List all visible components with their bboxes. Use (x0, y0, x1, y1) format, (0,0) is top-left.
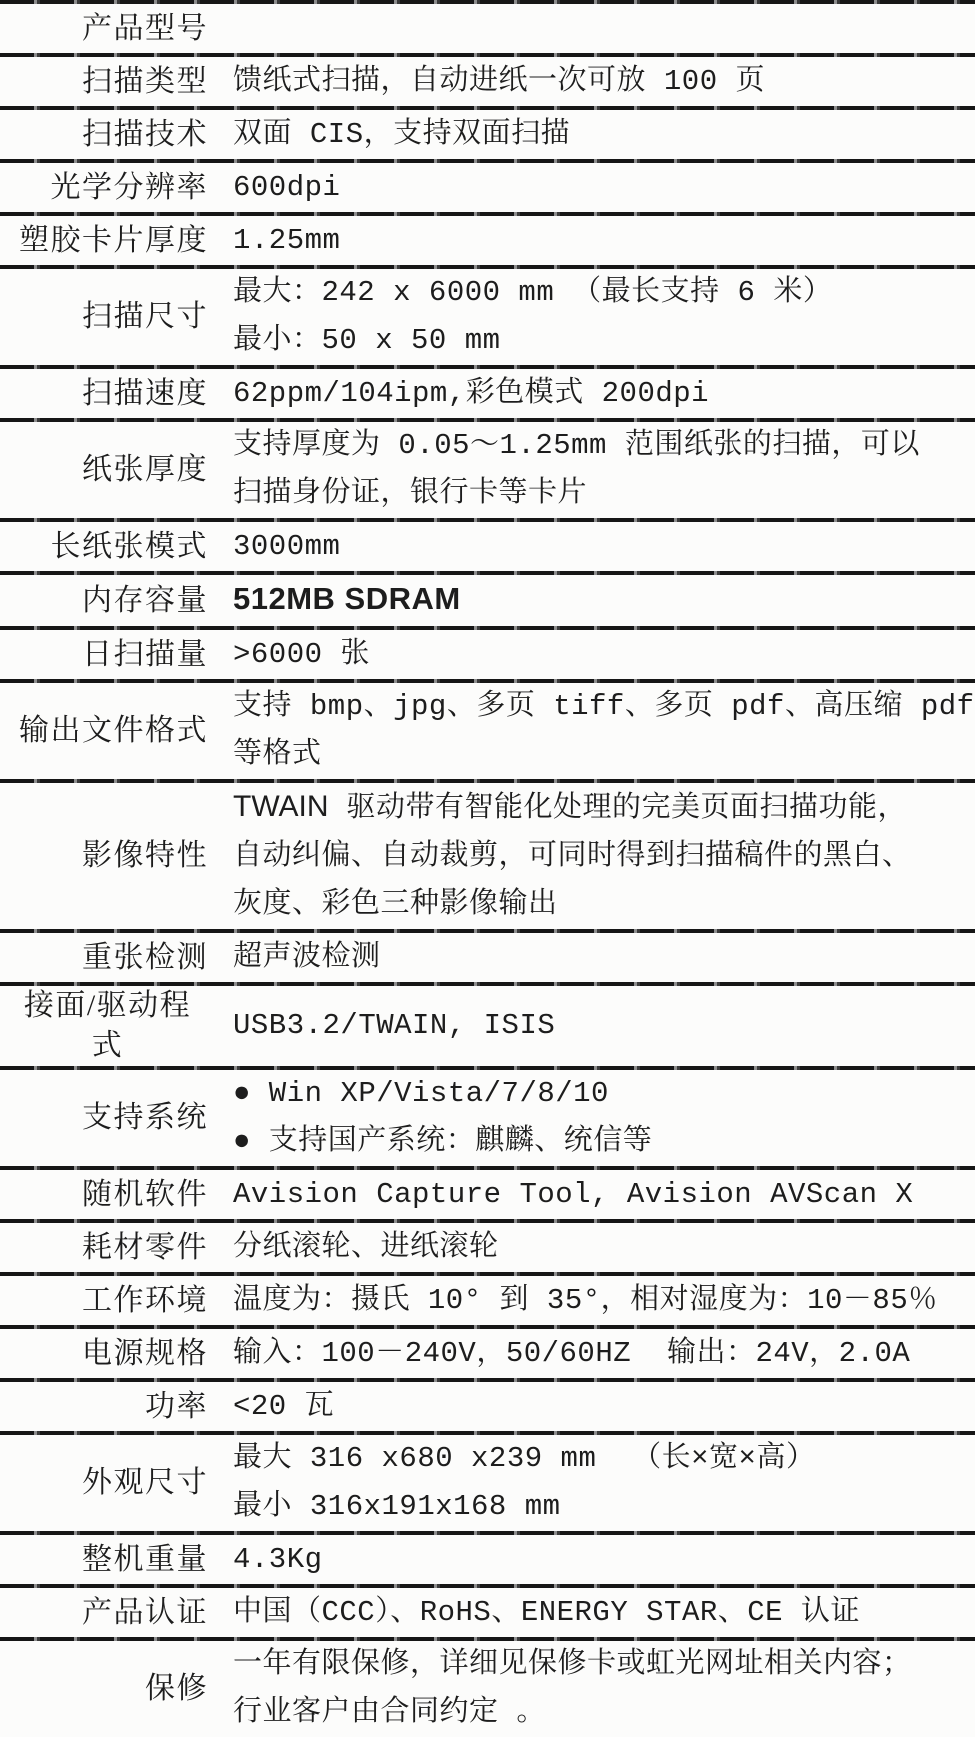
spec-row-label: 扫描类型 (0, 57, 225, 106)
spec-row-label-line: 功率 (0, 1387, 208, 1427)
spec-table: 产品型号扫描类型馈纸式扫描，自动进纸一次可放 100 页扫描技术双面 CIS，支… (0, 0, 975, 1737)
spec-row: 工作环境温度为：摄氏 10° 到 35°，相对湿度为：10－85％ (0, 1276, 975, 1325)
spec-row-label-line: 式 (0, 1026, 215, 1066)
spec-row-label: 重张检测 (0, 933, 225, 982)
spec-row-label-line: 整机重量 (0, 1540, 208, 1580)
spec-row-value: 512MB SDRAM (225, 575, 975, 626)
spec-value-text: 62ppm/104ipm,彩色模式 200dpi (233, 377, 709, 410)
spec-value-line: 3000mm (233, 523, 975, 571)
spec-row-label: 功率 (0, 1382, 225, 1431)
spec-row-label: 塑胶卡片厚度 (0, 216, 225, 265)
spec-value-line: 1.25mm (233, 217, 975, 265)
spec-value-text: 最小 316x191x168 mm (233, 1490, 561, 1523)
spec-value-text: 一年有限保修，详细见保修卡或虹光网址相关内容； (233, 1648, 912, 1681)
spec-row: 产品型号 (0, 4, 975, 53)
spec-row-label-line: 塑胶卡片厚度 (0, 221, 208, 261)
spec-value-text: 灰度、彩色三种影像输出 (233, 888, 558, 921)
spec-row-label-line: 随机软件 (0, 1175, 208, 1215)
spec-value-text: 温度为：摄氏 10° 到 35°，相对湿度为：10－85％ (233, 1284, 938, 1317)
spec-row-label: 耗材零件 (0, 1223, 225, 1272)
spec-row-value (225, 4, 975, 53)
spec-row-label-line: 内存容量 (0, 581, 208, 621)
spec-row-value: 3000mm (225, 522, 975, 571)
spec-value-line: 扫描身份证，银行卡等卡片 (233, 470, 975, 518)
spec-row-label: 光学分辨率 (0, 163, 225, 212)
spec-row: 日扫描量>6000 张 (0, 630, 975, 679)
spec-value-text: 中国（CCC）、RoHS、ENERGY STAR、CE 认证 (233, 1596, 860, 1629)
spec-value-line: 支持厚度为 0.05～1.25mm 范围纸张的扫描，可以 (233, 422, 975, 470)
spec-value-text: 分纸滚轮、进纸滚轮 (233, 1231, 499, 1264)
spec-value-text: 3000mm (233, 530, 340, 563)
spec-value-text: 支持厚度为 0.05～1.25mm 范围纸张的扫描，可以 (233, 429, 920, 462)
spec-row-value: 输入：100－240V，50/60HZ 输出：24V，2.0A (225, 1329, 975, 1378)
spec-value-text: 1.25mm (233, 224, 340, 257)
spec-row: 随机软件Avision Capture Tool, Avision AVScan… (0, 1170, 975, 1219)
spec-value-text: ● Win XP/Vista/7/8/10 (233, 1077, 609, 1110)
spec-value-line: 600dpi (233, 164, 975, 212)
spec-row: 外观尺寸最大 316 x680 x239 mm （长×宽×高）最小 316x19… (0, 1435, 975, 1531)
spec-row-value: 中国（CCC）、RoHS、ENERGY STAR、CE 认证 (225, 1588, 975, 1637)
spec-value-line: 最小：50 x 50 mm (233, 317, 975, 365)
spec-row-label-line: 支持系统 (0, 1098, 208, 1138)
spec-row-label-line: 产品认证 (0, 1593, 208, 1633)
spec-value-text: 512MB SDRAM (233, 581, 461, 616)
spec-row: 重张检测超声波检测 (0, 933, 975, 982)
spec-value-line: 灰度、彩色三种影像输出 (233, 881, 975, 929)
spec-value-text: 最小：50 x 50 mm (233, 324, 501, 357)
spec-value-line: ● 支持国产系统：麒麟、统信等 (233, 1118, 975, 1166)
spec-row-label-line: 电源规格 (0, 1334, 208, 1374)
spec-value-line: 馈纸式扫描，自动进纸一次可放 100 页 (233, 58, 975, 106)
spec-value-line: 支持 bmp、jpg、多页 tiff、多页 pdf、高压缩 pdf (233, 683, 975, 731)
spec-row-label-line: 长纸张模式 (0, 527, 208, 567)
spec-row-label-line: 工作环境 (0, 1281, 208, 1321)
spec-value-text: 4.3Kg (233, 1543, 323, 1576)
spec-value-line: 行业客户由合同约定 。 (233, 1689, 975, 1737)
spec-value-line: >6000 张 (233, 631, 975, 679)
spec-row-value: Avision Capture Tool, Avision AVScan X (225, 1170, 975, 1219)
spec-value-text: 馈纸式扫描，自动进纸一次可放 100 页 (233, 65, 765, 98)
spec-value-line: ● Win XP/Vista/7/8/10 (233, 1070, 975, 1118)
spec-row: 耗材零件分纸滚轮、进纸滚轮 (0, 1223, 975, 1272)
spec-row-label-line: 日扫描量 (0, 635, 208, 675)
spec-value-text: 最大：242 x 6000 mm （最长支持 6 米） (233, 276, 832, 309)
spec-row: 输出文件格式支持 bmp、jpg、多页 tiff、多页 pdf、高压缩 pdf等… (0, 683, 975, 779)
spec-value-text: Avision Capture Tool, Avision AVScan X (233, 1178, 913, 1211)
spec-row-label: 产品型号 (0, 4, 225, 53)
spec-row-value: 双面 CIS，支持双面扫描 (225, 110, 975, 159)
spec-row-label-line: 耗材零件 (0, 1228, 208, 1268)
spec-row-label-line: 外观尺寸 (0, 1463, 208, 1503)
spec-value-text: 最大 316 x680 x239 mm （长×宽×高） (233, 1442, 815, 1475)
spec-row-label: 内存容量 (0, 575, 225, 626)
spec-row-label-line: 重张检测 (0, 938, 208, 978)
spec-row-label-line: 扫描技术 (0, 115, 208, 155)
spec-value-line: 自动纠偏、自动裁剪，可同时得到扫描稿件的黑白、 (233, 833, 975, 881)
spec-row: 保修一年有限保修，详细见保修卡或虹光网址相关内容；行业客户由合同约定 。 (0, 1641, 975, 1737)
spec-value-line: 最大 316 x680 x239 mm （长×宽×高） (233, 1435, 975, 1483)
spec-value-text: ● 支持国产系统：麒麟、统信等 (233, 1125, 652, 1158)
spec-row-value: 温度为：摄氏 10° 到 35°，相对湿度为：10－85％ (225, 1276, 975, 1325)
spec-value-line: 中国（CCC）、RoHS、ENERGY STAR、CE 认证 (233, 1589, 975, 1637)
spec-value-line: TWAIN 驱动带有智能化处理的完美页面扫描功能， (233, 783, 975, 833)
spec-value-text: USB3.2/TWAIN, ISIS (233, 1009, 555, 1042)
spec-row-value: 4.3Kg (225, 1535, 975, 1584)
spec-row: 接面/驱动程式USB3.2/TWAIN, ISIS (0, 986, 975, 1066)
spec-row-label: 扫描速度 (0, 369, 225, 418)
spec-row-label: 扫描尺寸 (0, 269, 225, 365)
spec-value-line: 最大：242 x 6000 mm （最长支持 6 米） (233, 269, 975, 317)
spec-row-value: <20 瓦 (225, 1382, 975, 1431)
spec-value-line: 温度为：摄氏 10° 到 35°，相对湿度为：10－85％ (233, 1277, 975, 1325)
spec-row-label: 输出文件格式 (0, 683, 225, 779)
spec-row-label-line: 扫描类型 (0, 62, 208, 102)
spec-value-line: 最小 316x191x168 mm (233, 1483, 975, 1531)
spec-value-line: 分纸滚轮、进纸滚轮 (233, 1224, 975, 1272)
spec-row: 塑胶卡片厚度1.25mm (0, 216, 975, 265)
spec-value-line: USB3.2/TWAIN, ISIS (233, 1002, 975, 1050)
spec-row-value: 超声波检测 (225, 933, 975, 982)
spec-row-label: 整机重量 (0, 1535, 225, 1584)
spec-value-line: 512MB SDRAM (233, 575, 975, 626)
spec-row: 扫描技术双面 CIS，支持双面扫描 (0, 110, 975, 159)
spec-value-text: 等格式 (233, 738, 322, 771)
spec-row-label-line: 接面/驱动程 (0, 986, 215, 1026)
spec-row-label: 长纸张模式 (0, 522, 225, 571)
spec-row-label-line: 输出文件格式 (0, 711, 208, 751)
spec-row-label: 支持系统 (0, 1070, 225, 1166)
spec-row-label: 随机软件 (0, 1170, 225, 1219)
spec-row-label-line: 影像特性 (0, 836, 208, 876)
spec-value-line: <20 瓦 (233, 1383, 975, 1431)
spec-row-value: 1.25mm (225, 216, 975, 265)
spec-row-label: 纸张厚度 (0, 422, 225, 518)
spec-row-label-line: 纸张厚度 (0, 450, 208, 490)
spec-sheet-page: 产品型号扫描类型馈纸式扫描，自动进纸一次可放 100 页扫描技术双面 CIS，支… (0, 0, 975, 1737)
spec-row-label: 产品认证 (0, 1588, 225, 1637)
spec-row-value: 支持 bmp、jpg、多页 tiff、多页 pdf、高压缩 pdf等格式 (225, 683, 975, 779)
spec-row: 功率<20 瓦 (0, 1382, 975, 1431)
spec-value-line: 62ppm/104ipm,彩色模式 200dpi (233, 370, 975, 418)
spec-row-label: 接面/驱动程式 (0, 986, 225, 1066)
spec-row-value: 62ppm/104ipm,彩色模式 200dpi (225, 369, 975, 418)
spec-value-text: >6000 张 (233, 638, 370, 671)
spec-value-text: 扫描身份证，银行卡等卡片 (233, 477, 587, 510)
spec-value-text: 超声波检测 (233, 941, 381, 974)
spec-row: 扫描类型馈纸式扫描，自动进纸一次可放 100 页 (0, 57, 975, 106)
spec-row-label: 外观尺寸 (0, 1435, 225, 1531)
spec-row-value: USB3.2/TWAIN, ISIS (225, 986, 975, 1066)
spec-row-label-line: 保修 (0, 1669, 208, 1709)
spec-value-line: 一年有限保修，详细见保修卡或虹光网址相关内容； (233, 1641, 975, 1689)
spec-row: 长纸张模式3000mm (0, 522, 975, 571)
spec-row: 支持系统● Win XP/Vista/7/8/10● 支持国产系统：麒麟、统信等 (0, 1070, 975, 1166)
spec-row: 电源规格输入：100－240V，50/60HZ 输出：24V，2.0A (0, 1329, 975, 1378)
spec-row-label-line: 光学分辨率 (0, 168, 208, 208)
spec-row-label: 扫描技术 (0, 110, 225, 159)
spec-value-text: 支持 bmp、jpg、多页 tiff、多页 pdf、高压缩 pdf (233, 690, 975, 723)
spec-value-text: 行业客户由合同约定 。 (233, 1696, 546, 1729)
spec-row-label-line: 扫描尺寸 (0, 297, 208, 337)
spec-row-value: 分纸滚轮、进纸滚轮 (225, 1223, 975, 1272)
spec-value-text: 自动纠偏、自动裁剪，可同时得到扫描稿件的黑白、 (233, 840, 912, 873)
spec-row-label: 电源规格 (0, 1329, 225, 1378)
spec-value-line: 超声波检测 (233, 934, 975, 982)
spec-value-text: 输入：100－240V，50/60HZ 输出：24V，2.0A (233, 1337, 910, 1370)
spec-row: 内存容量512MB SDRAM (0, 575, 975, 626)
spec-row-label: 工作环境 (0, 1276, 225, 1325)
spec-row-label: 影像特性 (0, 783, 225, 929)
spec-value-line: 等格式 (233, 731, 975, 779)
spec-value-text: <20 瓦 (233, 1390, 334, 1423)
spec-row-value: TWAIN 驱动带有智能化处理的完美页面扫描功能，自动纠偏、自动裁剪，可同时得到… (225, 783, 975, 929)
spec-value-text: 600dpi (233, 171, 340, 204)
spec-value-text: 驱动带有智能化处理的完美页面扫描功能， (329, 792, 907, 825)
spec-row-label: 日扫描量 (0, 630, 225, 679)
spec-value-line: 输入：100－240V，50/60HZ 输出：24V，2.0A (233, 1330, 975, 1378)
spec-row: 产品认证中国（CCC）、RoHS、ENERGY STAR、CE 认证 (0, 1588, 975, 1637)
spec-value-line: 双面 CIS，支持双面扫描 (233, 111, 975, 159)
spec-row-value: 支持厚度为 0.05～1.25mm 范围纸张的扫描，可以扫描身份证，银行卡等卡片 (225, 422, 975, 518)
spec-row-value: 600dpi (225, 163, 975, 212)
spec-row: 纸张厚度支持厚度为 0.05～1.25mm 范围纸张的扫描，可以扫描身份证，银行… (0, 422, 975, 518)
spec-row-value: 馈纸式扫描，自动进纸一次可放 100 页 (225, 57, 975, 106)
spec-row-label: 保修 (0, 1641, 225, 1737)
spec-row-value: 最大：242 x 6000 mm （最长支持 6 米）最小：50 x 50 mm (225, 269, 975, 365)
spec-row: 扫描速度62ppm/104ipm,彩色模式 200dpi (0, 369, 975, 418)
spec-value-text: TWAIN (233, 790, 329, 823)
spec-row: 整机重量4.3Kg (0, 1535, 975, 1584)
spec-row-value: 一年有限保修，详细见保修卡或虹光网址相关内容；行业客户由合同约定 。 (225, 1641, 975, 1737)
spec-row-value: 最大 316 x680 x239 mm （长×宽×高）最小 316x191x16… (225, 1435, 975, 1531)
spec-row-value: >6000 张 (225, 630, 975, 679)
spec-row: 影像特性TWAIN 驱动带有智能化处理的完美页面扫描功能，自动纠偏、自动裁剪，可… (0, 783, 975, 929)
spec-value-line: 4.3Kg (233, 1536, 975, 1584)
spec-row: 扫描尺寸最大：242 x 6000 mm （最长支持 6 米）最小：50 x 5… (0, 269, 975, 365)
spec-row-label-line: 产品型号 (0, 9, 208, 49)
spec-row-label-line: 扫描速度 (0, 374, 208, 414)
spec-row: 光学分辨率600dpi (0, 163, 975, 212)
spec-row-value: ● Win XP/Vista/7/8/10● 支持国产系统：麒麟、统信等 (225, 1070, 975, 1166)
spec-value-text: 双面 CIS，支持双面扫描 (233, 118, 570, 151)
spec-value-line: Avision Capture Tool, Avision AVScan X (233, 1171, 975, 1219)
